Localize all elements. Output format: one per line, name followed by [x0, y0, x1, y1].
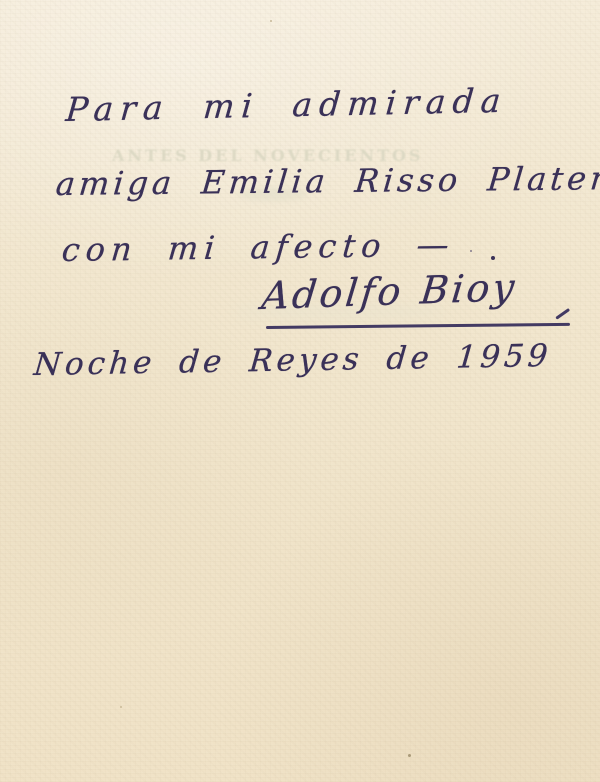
handwriting-date-line: Noche de Reyes de 1959	[32, 338, 553, 383]
handwriting-signature: Adolfo Bioy	[260, 265, 520, 318]
ink-speck	[470, 250, 472, 252]
handwriting-line-3: con mi afecto —	[60, 225, 456, 269]
signature-underline-hook	[555, 308, 570, 319]
paper-speck	[270, 20, 272, 22]
signature-underline	[266, 323, 570, 329]
ink-speck	[491, 256, 495, 260]
paper-speck	[408, 754, 411, 757]
scanned-book-page: ANTES DEL NOVECIENTOS Para mi admirada a…	[0, 0, 600, 782]
paper-speck	[120, 706, 122, 708]
handwriting-line-1: Para mi admirada	[64, 81, 509, 129]
handwriting-line-2: amiga Emilia Risso Platero	[54, 159, 600, 203]
